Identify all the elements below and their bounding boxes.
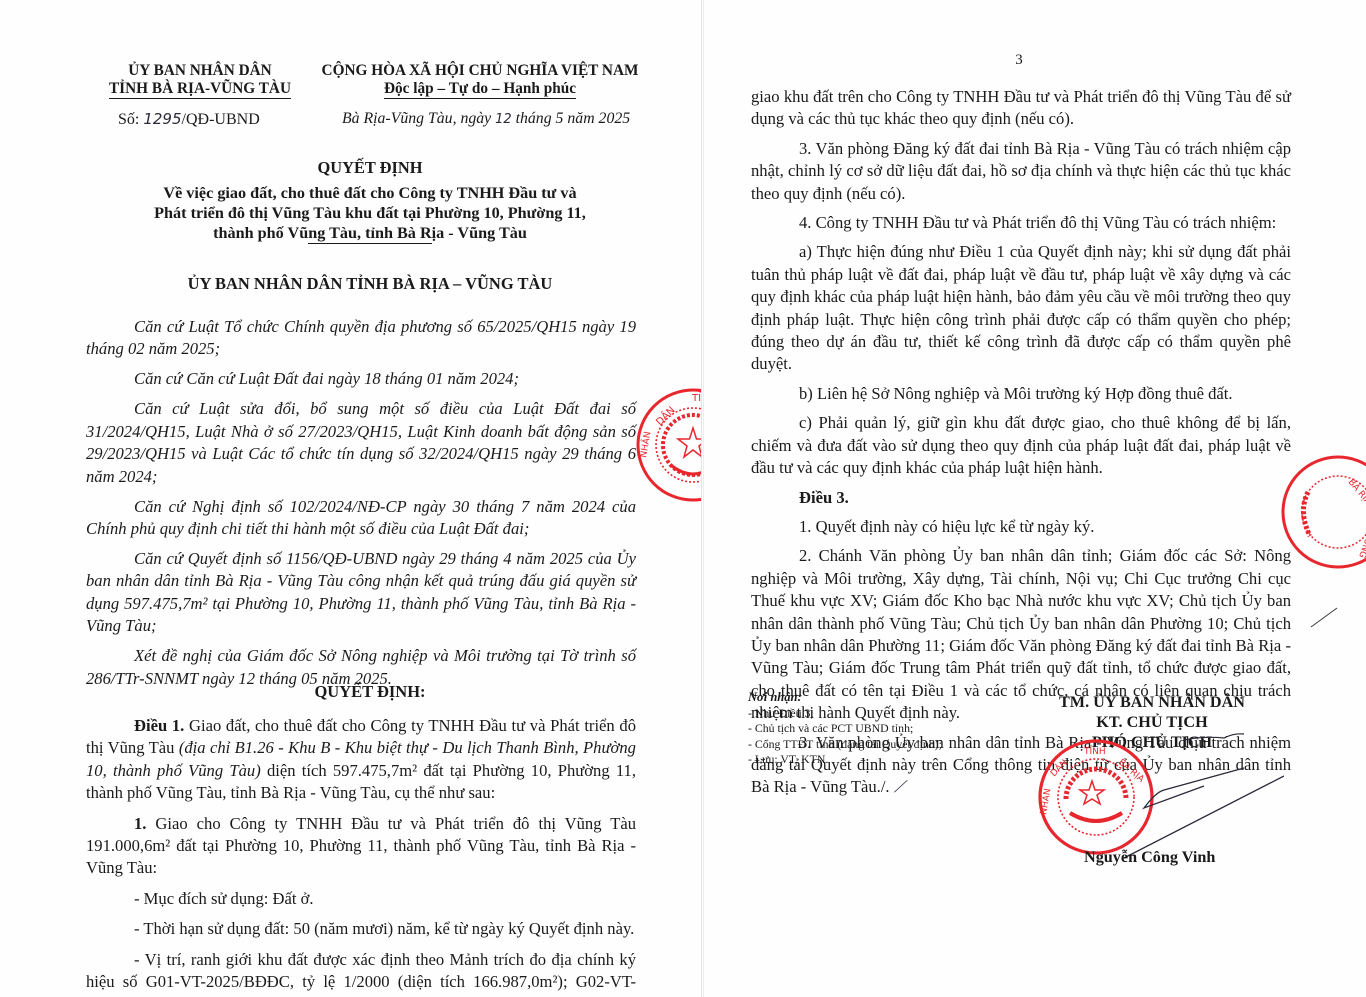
document-number: Số: 1295/QĐ-UBND bbox=[118, 110, 260, 129]
handwritten-signature-icon bbox=[1084, 728, 1284, 868]
article-1-label: Điều 1. bbox=[134, 716, 184, 735]
issuing-authority: ỦY BAN NHÂN DÂN TỈNH BÀ RỊA – VŨNG TÀU bbox=[90, 274, 650, 294]
initial-mark-icon: ⟋ bbox=[894, 777, 905, 796]
official-seal-right: BÀ RỊA VŨNG bbox=[1278, 452, 1366, 572]
decision-heading: QUYẾT ĐỊNH: bbox=[90, 682, 650, 702]
body-paragraph: 4. Công ty TNHH Đầu tư và Phát triển đô … bbox=[751, 212, 1291, 234]
body-paragraph: b) Liên hệ Sở Nông nghiệp và Môi trường … bbox=[751, 383, 1291, 405]
legal-basis-item: Căn cứ Căn cứ Luật Đất đai ngày 18 tháng… bbox=[86, 368, 636, 390]
svg-text:DÂN: DÂN bbox=[1048, 757, 1070, 779]
legal-basis-item: Căn cứ Nghị định số 102/2024/NĐ-CP ngày … bbox=[86, 496, 636, 541]
agency-name-line1: ỦY BAN NHÂN DÂN bbox=[95, 62, 305, 80]
official-seal-left: DÂN TỈNH NHÂN bbox=[634, 386, 702, 504]
document-title: QUYẾT ĐỊNH bbox=[90, 158, 650, 178]
article-1-bullet: - Mục đích sử dụng: Đất ở. bbox=[86, 888, 636, 910]
signer-name: Nguyễn Công Vinh bbox=[1084, 848, 1215, 867]
recipients-list: Nơi nhận: - Như Điều 3; - Chủ tịch và cá… bbox=[748, 690, 1008, 768]
national-motto: Độc lập – Tự do – Hạnh phúc bbox=[384, 80, 576, 99]
recipient-item: - Chủ tịch và các PCT UBND tỉnh; bbox=[748, 721, 1008, 737]
national-title: CỘNG HÒA XÃ HỘI CHỦ NGHĨA VIỆT NAM bbox=[320, 62, 640, 80]
article-1-bullet: - Thời hạn sử dụng đất: 50 (năm mươi) nă… bbox=[86, 918, 636, 940]
document-date: Bà Rịa-Vũng Tàu, ngày 12 tháng 5 năm 202… bbox=[342, 110, 630, 128]
body-paragraph: giao khu đất trên cho Công ty TNHH Đầu t… bbox=[751, 86, 1291, 131]
agency-name-line2: TỈNH BÀ RỊA-VŨNG TÀU bbox=[109, 80, 291, 99]
legal-basis-item: Căn cứ Quyết định số 1156/QĐ-UBND ngày 2… bbox=[86, 548, 636, 638]
article-3-item: 1. Quyết định này có hiệu lực kể từ ngày… bbox=[751, 516, 1291, 538]
page-number: 3 bbox=[704, 52, 1334, 69]
handwritten-day: 12 bbox=[495, 112, 512, 127]
recipient-item: - Cổng TTĐT tỉnh (đăng tải Quyết định); bbox=[748, 737, 1008, 753]
national-header: CỘNG HÒA XÃ HỘI CHỦ NGHĨA VIỆT NAM Độc l… bbox=[320, 62, 640, 98]
title-divider bbox=[308, 243, 432, 244]
recipients-title: Nơi nhận: bbox=[748, 690, 1008, 706]
article-1: Điều 1. Giao đất, cho thuê đất cho Công … bbox=[86, 715, 636, 997]
pen-mark-icon bbox=[1309, 605, 1339, 629]
handwritten-number: 1295 bbox=[143, 110, 181, 128]
svg-text:TỈNH: TỈNH bbox=[691, 390, 702, 404]
legal-basis-item: Căn cứ Luật sửa đổi, bổ sung một số điều… bbox=[86, 398, 636, 488]
document-subtitle: Về việc giao đất, cho thuê đất cho Công … bbox=[90, 183, 650, 243]
issuing-agency: ỦY BAN NHÂN DÂN TỈNH BÀ RỊA-VŨNG TÀU bbox=[95, 62, 305, 98]
legal-basis: Căn cứ Luật Tổ chức Chính quyền địa phươ… bbox=[86, 316, 636, 698]
recipient-item: - Lưu: VT, KTN. bbox=[748, 752, 1008, 768]
signature-line1: TM. ỦY BAN NHÂN DÂN bbox=[1022, 692, 1282, 712]
document-page-left: ỦY BAN NHÂN DÂN TỈNH BÀ RỊA-VŨNG TÀU CỘN… bbox=[0, 0, 702, 997]
body-paragraph: 3. Văn phòng Đăng ký đất đai tỉnh Bà Rịa… bbox=[751, 138, 1291, 205]
recipient-item: - Như Điều 3; bbox=[748, 706, 1008, 722]
legal-basis-item: Căn cứ Luật Tổ chức Chính quyền địa phươ… bbox=[86, 316, 636, 361]
svg-text:BÀ RỊA: BÀ RỊA bbox=[1346, 476, 1366, 508]
seal-emblem-icon: DÂN TỈNH NHÂN bbox=[634, 386, 702, 504]
svg-text:VŨNG: VŨNG bbox=[1356, 531, 1366, 560]
seal-emblem-icon: BÀ RỊA VŨNG bbox=[1278, 452, 1366, 572]
svg-text:DÂN: DÂN bbox=[653, 403, 678, 428]
body-paragraph: a) Thực hiện đúng như Điều 1 của Quyết đ… bbox=[751, 241, 1291, 375]
body-paragraph: c) Phải quản lý, giữ gìn khu đất được gi… bbox=[751, 412, 1291, 479]
document-page-right: 3 giao khu đất trên cho Công ty TNHH Đầu… bbox=[703, 0, 1366, 997]
article-1-bullet: - Vị trí, ranh giới khu đất được xác địn… bbox=[86, 949, 636, 994]
article-3-label: Điều 3. bbox=[751, 487, 1291, 509]
